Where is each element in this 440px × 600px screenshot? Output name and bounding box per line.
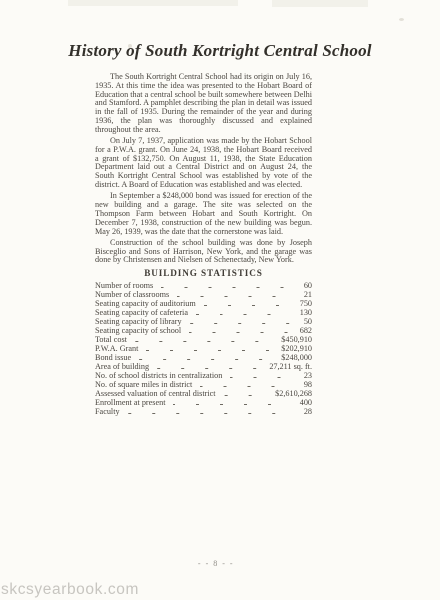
dash-leader (230, 377, 292, 378)
stat-row: Number of rooms 60 (95, 281, 312, 290)
scan-artifact-band (68, 0, 238, 6)
stat-value: $450,910 (281, 335, 312, 344)
stat-label: Assessed valuation of central district (95, 389, 216, 398)
dash-leader (139, 359, 270, 360)
yearbook-page: History of South Kortright Central Schoo… (0, 0, 440, 600)
stat-label: Enrollment at present (95, 398, 165, 407)
dash-leader (173, 404, 288, 405)
stat-value: $2,610,268 (275, 389, 312, 398)
stat-row: No. of square miles in district 98 (95, 380, 312, 389)
stat-value: 682 (300, 326, 312, 335)
stat-row: Assessed valuation of central district $… (95, 389, 312, 398)
stat-row: Seating capacity of school 682 (95, 326, 312, 335)
stat-value: 23 (304, 371, 312, 380)
watermark: skcsyearbook.com (1, 581, 139, 599)
stat-value: 28 (304, 407, 312, 416)
dash-leader (189, 332, 289, 333)
dash-leader (196, 314, 289, 315)
stat-value: 750 (300, 299, 312, 308)
stat-value: 400 (300, 398, 312, 407)
statistics-table: Number of rooms 60 Number of classrooms … (95, 281, 312, 416)
stat-row: Seating capacity of auditorium 750 (95, 299, 312, 308)
stat-value: 50 (304, 317, 312, 326)
dash-leader (190, 323, 293, 324)
stat-label: Bond issue (95, 353, 131, 362)
dash-leader (161, 287, 293, 288)
stat-row: Seating capacity of library 50 (95, 317, 312, 326)
stat-row: P.W.A. Grant $202,910 (95, 344, 312, 353)
stat-row: Area of building 27,211 sq. ft. (95, 362, 312, 371)
dash-leader (128, 413, 293, 414)
stat-value: $248,000 (281, 353, 312, 362)
dash-leader (177, 296, 293, 297)
dash-leader (204, 305, 289, 306)
stat-label: Number of classrooms (95, 290, 169, 299)
scan-speck (399, 18, 404, 21)
stat-row: No. of school districts in centralizatio… (95, 371, 312, 380)
dash-leader (200, 386, 292, 387)
stat-row: Enrollment at present 400 (95, 398, 312, 407)
dash-leader (135, 341, 270, 342)
stat-label: Area of building (95, 362, 149, 371)
dash-leader (224, 395, 265, 396)
stat-label: Faculty (95, 407, 120, 416)
stat-label: Number of rooms (95, 281, 153, 290)
stat-row: Number of classrooms 21 (95, 290, 312, 299)
stat-row: Total cost $450,910 (95, 335, 312, 344)
stat-label: No. of school districts in centralizatio… (95, 371, 222, 380)
stat-value: 98 (304, 380, 312, 389)
stat-label: No. of square miles in district (95, 380, 192, 389)
history-paragraph: On July 7, 1937, application was made by… (95, 137, 312, 190)
page-title: History of South Kortright Central Schoo… (0, 41, 440, 61)
stat-label: P.W.A. Grant (95, 344, 138, 353)
stat-label: Seating capacity of library (95, 317, 182, 326)
history-paragraph: In September a $248,000 bond was issued … (95, 192, 312, 236)
stat-label: Seating capacity of auditorium (95, 299, 196, 308)
dash-leader (146, 350, 270, 351)
stat-label: Seating capacity of cafeteria (95, 308, 188, 317)
history-paragraph: Construction of the school building was … (95, 239, 312, 265)
scan-artifact-band (272, 0, 368, 7)
statistics-heading: BUILDING STATISTICS (95, 269, 312, 278)
stat-label: Seating capacity of school (95, 326, 181, 335)
stat-value: 130 (300, 308, 312, 317)
stat-row: Faculty 28 (95, 407, 312, 416)
history-paragraph: The South Kortright Central School had i… (95, 73, 312, 135)
dash-leader (157, 368, 258, 369)
stat-value: 21 (304, 290, 312, 299)
stat-row: Bond issue $248,000 (95, 353, 312, 362)
stat-value: 27,211 sq. ft. (269, 362, 312, 371)
stat-value: 60 (304, 281, 312, 290)
stat-label: Total cost (95, 335, 127, 344)
stat-value: $202,910 (281, 344, 312, 353)
stat-row: Seating capacity of cafeteria 130 (95, 308, 312, 317)
article-body: The South Kortright Central School had i… (95, 73, 312, 416)
page-number: - - 8 - - (0, 559, 432, 568)
